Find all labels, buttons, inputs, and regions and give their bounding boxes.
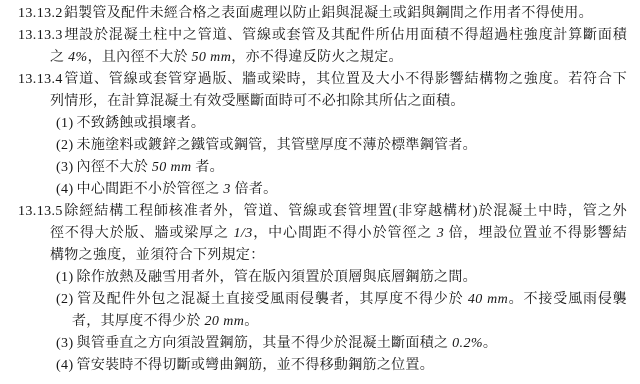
clause-line-13.13.4: 13.13.4管道、管線或套管穿過版、牆或梁時，其位置及大小不得影響結構物之強度… [0, 69, 640, 91]
list-item-number: (2) [56, 138, 74, 153]
clause-number: 13.13.4 [18, 72, 63, 87]
clause-line-13.13.3: 13.13.3埋設於混凝土柱中之管道、管線或套管及其配件所佔用面積不得超過柱強度… [0, 25, 640, 47]
list-item-number: (1) [56, 116, 74, 131]
numeric-value: 50 mm [152, 160, 192, 175]
text-line: (3)內徑不大於 50 mm 者。 [0, 157, 640, 179]
text-segment: 倍者。 [231, 182, 278, 197]
list-item-number: (4) [56, 182, 74, 197]
text-segment: 構物之強度，並須符合下列規定： [50, 248, 265, 263]
document-body: 13.13.2鋁製管及配件未經合格之表面處理以防止鋁與混凝土或鋁與鋼間之作用者不… [0, 3, 640, 377]
text-segment: ，亦不得違反防火之規定。 [231, 50, 403, 65]
text-segment: 者。 [192, 160, 224, 175]
text-line: 之 4%，且內徑不大於 50 mm，亦不得違反防火之規定。 [0, 47, 640, 69]
numeric-value: 4% [68, 50, 87, 65]
numeric-value: 3 [223, 182, 230, 197]
text-line: 徑不得大於版、牆或梁厚之 1/3，中心間距不得小於管徑之 3 倍，埋設位置並不得… [0, 223, 640, 245]
text-segment: 管及配件外包之混凝土直接受風雨侵襲者，其厚度不得少於 [77, 292, 468, 307]
text-segment: 者，其厚度不得少於 [72, 314, 205, 329]
clause-line-13.13.5: 13.13.5除經結構工程師核准者外，管道、管線或套管埋置(非穿越構材)於混凝土… [0, 201, 640, 223]
list-item-number: (3) [56, 160, 74, 175]
text-segment: 內徑不大於 [77, 160, 152, 175]
list-item-number: (4) [56, 358, 74, 373]
text-line: (4)中心間距不小於管徑之 3 倍者。 [0, 179, 640, 201]
text-segment: 管道、管線或套管穿過版、牆或梁時，其位置及大小不得影響結構物之強度。若符合下 [64, 72, 627, 87]
text-line: (2)管及配件外包之混凝土直接受風雨侵襲者，其厚度不得少於 40 mm。不接受風… [0, 289, 640, 311]
clause-number: 13.13.5 [18, 204, 63, 219]
text-segment: 中心間距不小於管徑之 [77, 182, 224, 197]
text-segment: 。 [483, 336, 497, 351]
text-segment: 倍，埋設位置並不得影響結 [444, 226, 627, 241]
text-segment: ，中心間距不得小於管徑之 [253, 226, 437, 241]
text-segment: 除經結構工程師核准者外，管道、管線或套管埋置(非穿越構材)於混凝土中時，管之外 [64, 204, 627, 219]
clause-number: 13.13.3 [18, 28, 63, 43]
numeric-value: 40 mm [468, 292, 508, 307]
text-segment: 。 [244, 314, 258, 329]
text-line: (4)管安裝時不得切斷或彎曲鋼筋，並不得移動鋼筋之位置。 [0, 355, 640, 377]
numeric-value: 0.2% [452, 336, 483, 351]
numeric-value: 20 mm [205, 314, 245, 329]
text-segment: 。不接受風雨侵襲 [508, 292, 627, 307]
clause-number: 13.13.2 [18, 6, 63, 21]
text-line: 構物之強度，並須符合下列規定： [0, 245, 640, 267]
text-segment: 埋設於混凝土柱中之管道、管線或套管及其配件所佔用面積不得超過柱強度計算斷面積 [64, 28, 627, 43]
text-line: (3)與管垂直之方向須設置鋼筋，其量不得少於混凝土斷面積之 0.2%。 [0, 333, 640, 355]
text-segment: 徑不得大於版、牆或梁厚之 [50, 226, 234, 241]
text-line: 列情形，在計算混凝土有效受壓斷面時可不必扣除其所佔之面積。 [0, 91, 640, 113]
list-item-number: (1) [56, 270, 74, 285]
text-segment: 不致銹蝕或損壞者。 [77, 116, 206, 131]
text-line: (1)除作放熱及融雪用者外，管在版內須置於頂層與底層鋼筋之間。 [0, 267, 640, 289]
text-segment: 管安裝時不得切斷或彎曲鋼筋，並不得移動鋼筋之位置。 [77, 358, 435, 373]
numeric-value: 3 [437, 226, 444, 241]
text-segment: 未施塗料或鍍鋅之鐵管或鋼管，其管壁厚度不薄於標準鋼管者。 [77, 138, 477, 153]
text-segment: 與管垂直之方向須設置鋼筋，其量不得少於混凝土斷面積之 [77, 336, 453, 351]
numeric-value: 50 mm [191, 50, 231, 65]
list-item-number: (3) [56, 336, 74, 351]
text-line: 者，其厚度不得少於 20 mm。 [0, 311, 640, 333]
clause-line-13.13.2: 13.13.2鋁製管及配件未經合格之表面處理以防止鋁與混凝土或鋁與鋼間之作用者不… [0, 3, 640, 25]
text-segment: 之 [50, 50, 68, 65]
text-segment: 除作放熱及融雪用者外，管在版內須置於頂層與底層鋼筋之間。 [77, 270, 477, 285]
text-segment: 列情形，在計算混凝土有效受壓斷面時可不必扣除其所佔之面積。 [50, 94, 465, 109]
numeric-value: 1/3 [234, 226, 253, 241]
document-page: 13.13.2鋁製管及配件未經合格之表面處理以防止鋁與混凝土或鋁與鋼間之作用者不… [0, 0, 640, 384]
text-line: (2)未施塗料或鍍鋅之鐵管或鋼管，其管壁厚度不薄於標準鋼管者。 [0, 135, 640, 157]
text-line: (1)不致銹蝕或損壞者。 [0, 113, 640, 135]
list-item-number: (2) [56, 292, 74, 307]
text-segment: 鋁製管及配件未經合格之表面處理以防止鋁與混凝土或鋁與鋼間之作用者不得使用。 [64, 6, 593, 21]
text-segment: ，且內徑不大於 [88, 50, 192, 65]
